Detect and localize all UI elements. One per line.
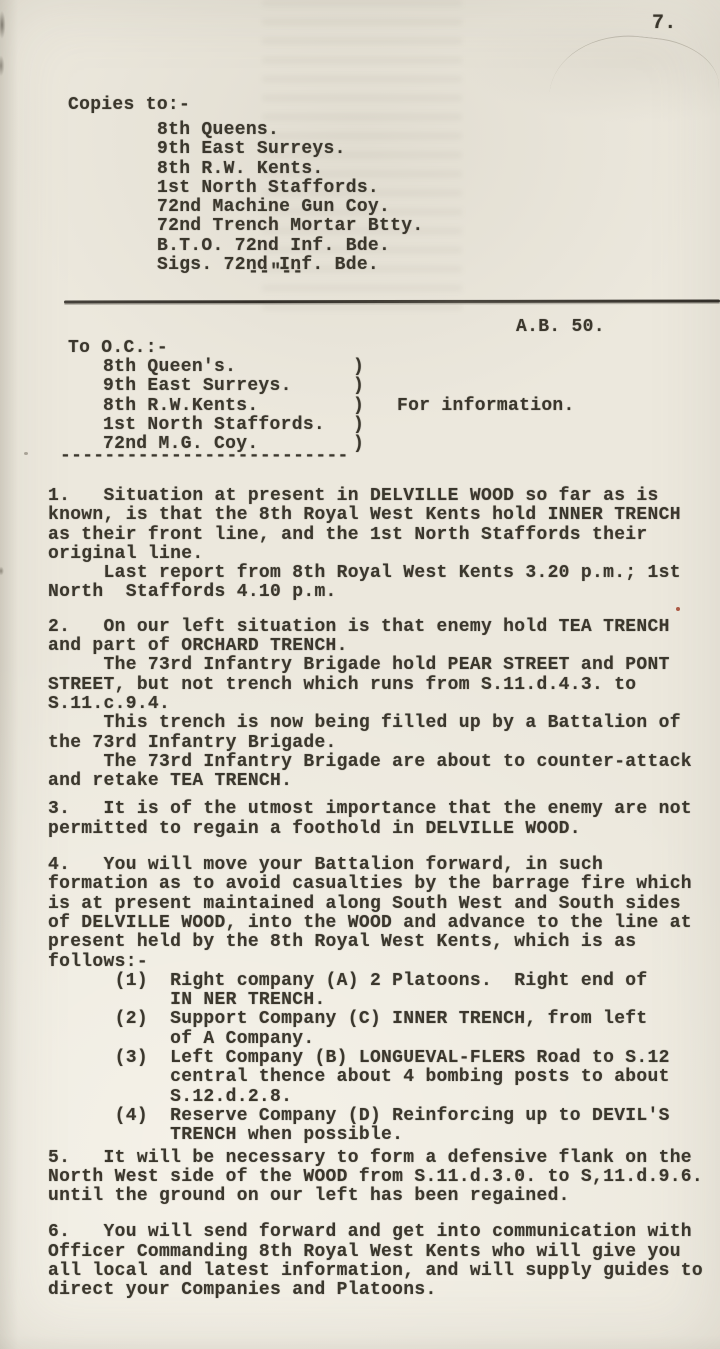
body-paragraph-4: 4. You will move your Battalion forward,… (48, 856, 720, 972)
addressee-bracket: ) (353, 377, 367, 396)
order-reference: A.B. 50. (516, 318, 605, 337)
paper-stain (24, 452, 28, 455)
addressee-note: For information. (397, 397, 575, 416)
addressee-bracket: ) (353, 397, 367, 416)
body-paragraph-1: 1. Situation at present in DELVILLE WOOD… (48, 487, 720, 603)
body-paragraph-3: 3. It is of the utmost importance that t… (48, 800, 720, 839)
copies-recipient-list: 8th Queens. 9th East Surreys. 8th R.W. K… (157, 121, 423, 275)
copies-end-mark: --"-- (248, 263, 304, 282)
addressee-row: 1st North Staffords. ) (103, 416, 575, 435)
page-number: 7. (652, 14, 677, 33)
addressee-name: 1st North Staffords. (103, 416, 353, 435)
body-paragraph-2: 2. On our left situation is that enemy h… (48, 618, 720, 792)
paper-edge-smudge (0, 4, 10, 99)
document-page: 7. Copies to:- 8th Queens. 9th East Surr… (0, 0, 720, 1349)
paper-edge-mark (0, 566, 6, 576)
addressee-row: 9th East Surreys. ) (103, 377, 575, 396)
addressee-name: 9th East Surreys. (103, 377, 353, 396)
addressee-name: 8th R.W.Kents. (103, 397, 353, 416)
addressee-bracket: ) (353, 358, 367, 377)
addressee-separator: -------------------------- (60, 447, 349, 466)
addressee-bracket: ) (353, 416, 367, 435)
addressee-row: 8th R.W.Kents. ) For information. (103, 397, 575, 416)
copies-heading: Copies to:- (68, 96, 190, 115)
body-paragraph-6: 6. You will send forward and get into co… (48, 1223, 720, 1300)
order-heading: To O.C.:- (68, 339, 168, 358)
body-paragraph-4-sublist: (1) Right company (A) 2 Platoons. Right … (48, 972, 720, 1146)
addressee-bracket: ) (353, 435, 367, 454)
body-paragraph-5: 5. It will be necessary to form a defens… (48, 1149, 720, 1207)
order-body: 1. Situation at present in DELVILLE WOOD… (48, 487, 720, 1301)
paper-crease (549, 27, 720, 117)
addressee-list: 8th Queen's. ) 9th East Surreys. ) 8th R… (103, 358, 575, 454)
section-divider-line (64, 300, 720, 304)
addressee-name: 8th Queen's. (103, 358, 353, 377)
addressee-row: 8th Queen's. ) (103, 358, 575, 377)
